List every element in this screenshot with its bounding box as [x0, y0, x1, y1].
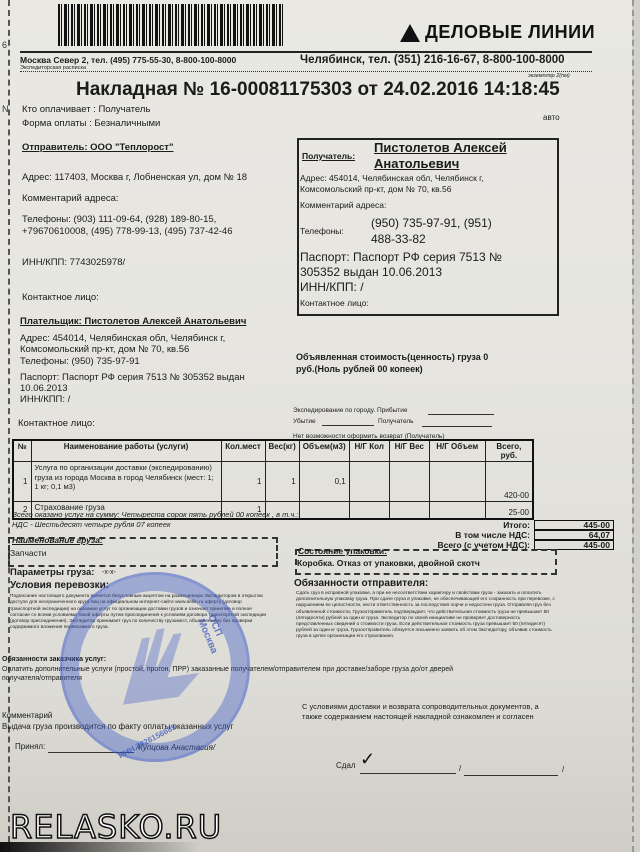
- row-ng-weight: [389, 462, 429, 502]
- payer-inn: ИНН/КПП: /: [20, 394, 70, 405]
- sender-contact: Контактное лицо:: [22, 292, 99, 303]
- payer-type: Кто оплачивает : Получатель: [22, 104, 150, 115]
- col-no: №: [13, 440, 31, 462]
- company-stamp: ОСП Москва ИНН 7826156685: [48, 560, 263, 775]
- row-places: 1: [221, 462, 265, 502]
- sender-address: Адрес: 117403, Москва г, Лобненская ул, …: [22, 172, 247, 183]
- col-service-name: Наименование работы (услуги): [31, 440, 221, 462]
- sender-inn: ИНН/КПП: 7743025978/: [22, 257, 125, 268]
- totals-block: Итого: 445-00 В том числе НДС: 64,07 Все…: [420, 520, 614, 550]
- recipient-inn: ИНН/КПП: /: [300, 280, 364, 294]
- summary-total-words: Всего оказано услуг на сумму: Четыреста …: [12, 510, 298, 519]
- sender-phones: Телефоны: (903) 111-09-64, (928) 189-80-…: [22, 214, 216, 225]
- handed-label: Сдал: [336, 761, 356, 770]
- col-ng-volume: Н/Г Объем: [429, 440, 485, 462]
- total-row: Итого: 445-00: [420, 520, 614, 530]
- stamp-inn: ИНН 7826156685: [117, 722, 178, 760]
- signature-slash: /: [562, 765, 564, 774]
- recipient-contact: Контактное лицо:: [300, 298, 369, 308]
- cargo-params-label: Параметры груза:: [10, 567, 94, 578]
- col-weight: Вес(кг): [265, 440, 299, 462]
- vat-label: В том числе НДС:: [420, 530, 534, 540]
- margin-mark: 6: [2, 40, 7, 50]
- declared-value-2: руб.(Ноль рублей 00 копеек): [296, 364, 423, 374]
- payer-contact: Контактное лицо:: [18, 418, 95, 429]
- sender-phones-2: +79670610008, (495) 778-99-13, (495) 737…: [22, 226, 232, 237]
- row-volume: 0,1: [299, 462, 349, 502]
- recipient-phones-label: Телефоны:: [300, 226, 344, 236]
- row-ng-qty: [349, 462, 389, 502]
- row-no: 1: [13, 462, 31, 502]
- header-rule: [20, 51, 592, 53]
- recipient-phones-2: 488-33-82: [371, 232, 426, 246]
- row-ng-qty: [349, 502, 389, 519]
- recipient-address-comment: Комментарий адреса:: [300, 200, 386, 210]
- total-value: 445-00: [534, 520, 614, 530]
- branch-origin: Москва Север 2, тел. (495) 775-55-30, 8-…: [20, 55, 236, 65]
- col-ng-weight: Н/Г Вес: [389, 440, 429, 462]
- recipient-address-2: Комсомольский пр-кт, дом № 70, кв.56: [300, 184, 451, 194]
- cargo-name-value: Запчасти: [10, 548, 47, 558]
- branch-destination: Челябинск, тел. (351) 216-16-67, 8-800-1…: [300, 54, 565, 66]
- row-ng-volume: [429, 462, 485, 502]
- payer-heading: Плательщик: Пистолетов Алексей Анатольев…: [20, 316, 246, 327]
- table-row: 1 Услуга по организации доставки (экспед…: [13, 462, 533, 502]
- table-header-row: № Наименование работы (услуги) Кол.мест …: [13, 440, 533, 462]
- cargo-name-label: Наименование груза:: [12, 535, 103, 545]
- recipient-label: Получатель:: [302, 151, 355, 161]
- services-table: № Наименование работы (услуги) Кол.мест …: [12, 439, 534, 520]
- row-ng-volume: [429, 502, 485, 519]
- col-places: Кол.мест: [221, 440, 265, 462]
- packaging-value: Коробка. Отказ от упаковки, двойной скот…: [297, 558, 480, 568]
- departure-label: Убытие: [293, 418, 316, 425]
- row-total: 25-00: [485, 502, 533, 519]
- recipient-sign-label: Получатель: [378, 418, 414, 425]
- agreement-text: С условиями доставки и возврата сопровод…: [302, 702, 539, 711]
- signature-slash: /: [459, 764, 461, 773]
- agreement-text-2: также содержанием настоящей накладной оз…: [302, 712, 534, 721]
- recipient-passport-2: 305352 выдан 10.06.2013: [300, 265, 442, 279]
- recipient-name: Пистолетов Алексей: [374, 140, 507, 155]
- sender-duties-text: Сдать груз в исправной упаковке, а при е…: [296, 591, 558, 641]
- col-total: Всего, руб.: [485, 440, 533, 462]
- perforation-right: [632, 0, 640, 852]
- city-expedition-label: Экспедирование по городу. Прибытие: [293, 407, 408, 414]
- header-dotted-rule: [20, 71, 592, 72]
- recipient-address: Адрес: 454014, Челябинская обл, Челябинс…: [300, 173, 484, 183]
- row-total: 420-00: [485, 462, 533, 502]
- recipient-sign-field[interactable]: [422, 426, 492, 427]
- logo-triangle-icon: [400, 24, 420, 42]
- barcode: [58, 4, 284, 46]
- sender-heading: Отправитель: ООО "Теплорост": [22, 142, 173, 153]
- waybill-document: 6 N ДЕЛОВЫЕ ЛИНИИ Москва Север 2, тел. (…: [0, 0, 640, 852]
- handed-signature-line[interactable]: [360, 773, 456, 774]
- terms-heading: Условия перевозки:: [10, 580, 109, 591]
- handed-name-line[interactable]: [464, 775, 558, 776]
- watermark-text: RELASKO.RU: [10, 808, 222, 846]
- payer-passport-2: 10.06.2013: [20, 383, 68, 394]
- signature-checkmark-icon: ✓: [360, 749, 375, 770]
- logo-text: ДЕЛОВЫЕ ЛИНИИ: [425, 22, 595, 43]
- stamp-logo-icon: [113, 624, 202, 704]
- accepted-label: Принял:: [15, 742, 45, 751]
- recipient-passport: Паспорт: Паспорт РФ серия 7513 №: [300, 250, 502, 264]
- recipient-name-2: Анатольевич: [374, 156, 459, 171]
- row-ng-weight: [389, 502, 429, 519]
- payer-address: Адрес: 454014, Челябинская обл, Челябинс…: [20, 333, 225, 344]
- comment-label: Комментарий: [2, 711, 52, 720]
- arrival-field[interactable]: [428, 414, 494, 415]
- col-volume: Объем(м3): [299, 440, 349, 462]
- recipient-phones: (950) 735-97-91, (951): [371, 216, 492, 230]
- cargo-params-value: -x-x-: [102, 569, 116, 576]
- vat-row: В том числе НДС: 64,07: [420, 530, 614, 540]
- total-label: Итого:: [420, 520, 534, 530]
- packaging-label: Состояние упаковки:: [298, 546, 387, 556]
- payer-phones: Телефоны: (950) 735-97-91: [20, 356, 140, 367]
- summary-vat-words: НДС - Шестьдесят четыре рубля 07 копеек: [12, 520, 171, 529]
- row-volume: [299, 502, 349, 519]
- waybill-title: Накладная № 16-00081175303 от 24.02.2016…: [76, 79, 560, 101]
- sender-address-comment: Комментарий адреса:: [22, 193, 119, 204]
- transport-type: авто: [543, 113, 560, 122]
- stamp-city: ОСП Москва: [195, 613, 237, 673]
- payer-address-2: Комсомольский пр-кт, дом № 70, кв.56: [20, 344, 189, 355]
- row-service-name: Услуга по организации доставки (экспедир…: [31, 462, 221, 502]
- payer-passport: Паспорт: Паспорт РФ серия 7513 № 305352 …: [20, 372, 245, 383]
- sender-duties-heading: Обязанности отправителя:: [294, 578, 428, 589]
- payment-form: Форма оплаты : Безналичными: [22, 118, 160, 129]
- photo-shadow: [0, 842, 200, 852]
- margin-mark: N: [2, 104, 9, 114]
- departure-field[interactable]: [322, 425, 374, 426]
- vat-value: 64,07: [534, 530, 614, 540]
- col-ng-qty: Н/Г Кол: [349, 440, 389, 462]
- company-logo: ДЕЛОВЫЕ ЛИНИИ: [400, 22, 595, 43]
- row-weight: 1: [265, 462, 299, 502]
- declared-value: Объявленная стоимость(ценность) груза 0: [296, 352, 488, 362]
